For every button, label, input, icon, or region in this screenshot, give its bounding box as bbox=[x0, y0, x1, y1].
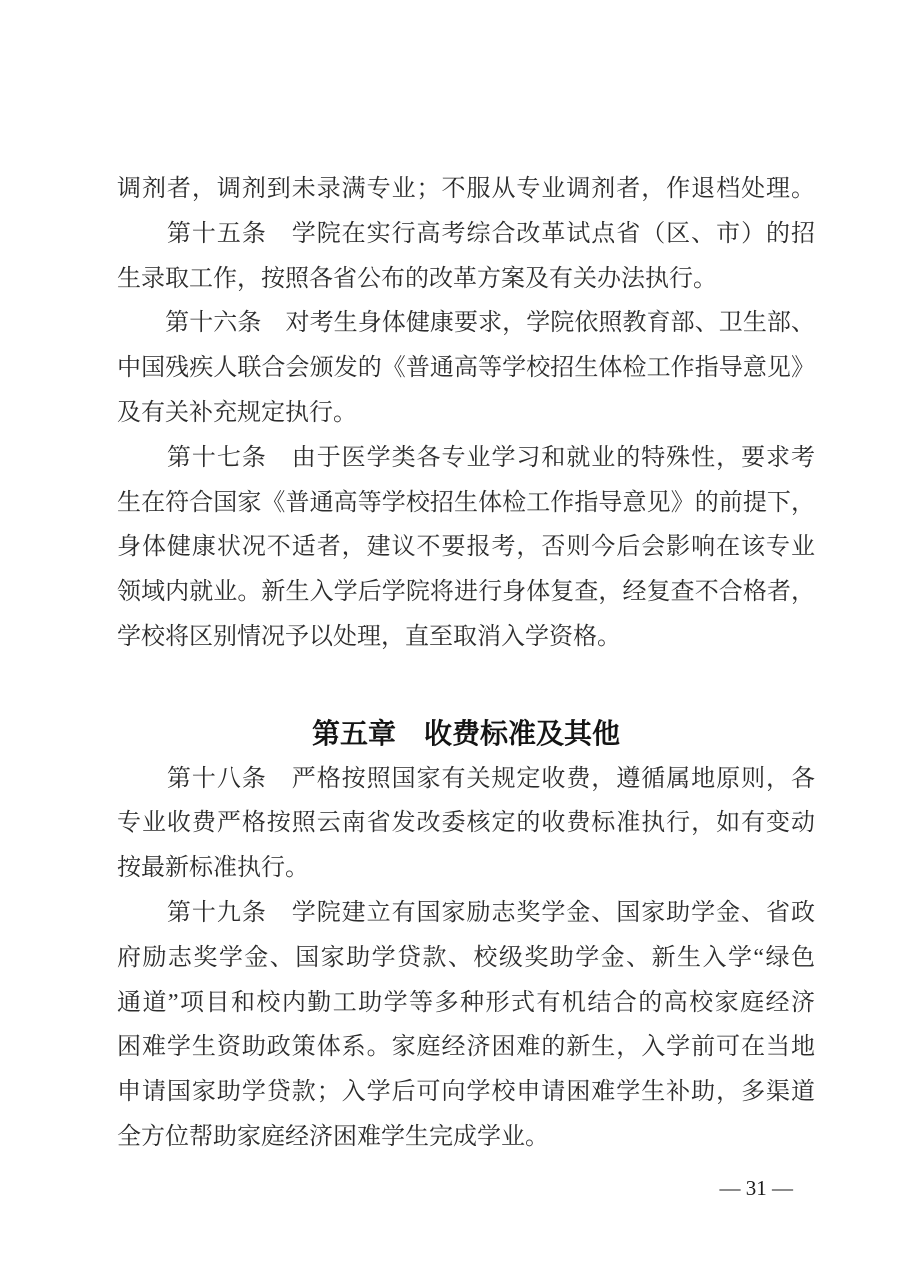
document-line: 第十六条 对考生身体健康要求，学院依照教育部、卫生部、 bbox=[117, 301, 815, 346]
document-line: 生在符合国家《普通高等学校招生体检工作指导意见》的前提下， bbox=[117, 481, 815, 526]
document-line: 领域内就业。新生入学后学院将进行身体复查，经复查不合格者， bbox=[117, 570, 815, 615]
document-line: 调剂者，调剂到未录满专业；不服从专业调剂者，作退档处理。 bbox=[117, 167, 815, 212]
paragraph-article-15: 第十五条 学院在实行高考综合改革试点省（区、市）的招生录取工作，按照各省公布的改… bbox=[117, 212, 815, 302]
document-line: 专业收费严格按照云南省发改委核定的收费标准执行，如有变动 bbox=[117, 801, 815, 846]
document-line: 全方位帮助家庭经济困难学生完成学业。 bbox=[117, 1115, 815, 1160]
paragraph-article-16: 第十六条 对考生身体健康要求，学院依照教育部、卫生部、中国残疾人联合会颁发的《普… bbox=[117, 301, 815, 435]
paragraph-article-17: 第十七条 由于医学类各专业学习和就业的特殊性，要求考生在符合国家《普通高等学校招… bbox=[117, 436, 815, 660]
document-line: 按最新标准执行。 bbox=[117, 846, 815, 891]
document-line: 学校将区别情况予以处理，直至取消入学资格。 bbox=[117, 615, 815, 660]
document-line: 困难学生资助政策体系。家庭经济困难的新生，入学前可在当地 bbox=[117, 1025, 815, 1070]
document-line: 第十五条 学院在实行高考综合改革试点省（区、市）的招 bbox=[117, 212, 815, 257]
chapter-5-heading: 第五章 收费标准及其他 bbox=[117, 712, 815, 757]
document-body: 调剂者，调剂到未录满专业；不服从专业调剂者，作退档处理。 第十五条 学院在实行高… bbox=[117, 167, 815, 1160]
page-number: — 31 — bbox=[117, 1176, 793, 1201]
document-line: 第十九条 学院建立有国家励志奖学金、国家助学金、省政 bbox=[117, 891, 815, 936]
document-line: 中国残疾人联合会颁发的《普通高等学校招生体检工作指导意见》 bbox=[117, 346, 815, 391]
document-line: 第十七条 由于医学类各专业学习和就业的特殊性，要求考 bbox=[117, 436, 815, 481]
document-line: 府励志奖学金、国家助学贷款、校级奖助学金、新生入学“绿色 bbox=[117, 936, 815, 981]
paragraph-article-19: 第十九条 学院建立有国家励志奖学金、国家助学金、省政府励志奖学金、国家助学贷款、… bbox=[117, 891, 815, 1160]
document-page: 调剂者，调剂到未录满专业；不服从专业调剂者，作退档处理。 第十五条 学院在实行高… bbox=[0, 0, 904, 1280]
document-line: 申请国家助学贷款；入学后可向学校申请困难学生补助，多渠道 bbox=[117, 1070, 815, 1115]
document-line: 通道”项目和校内勤工助学等多种形式有机结合的高校家庭经济 bbox=[117, 981, 815, 1026]
paragraph-continuation: 调剂者，调剂到未录满专业；不服从专业调剂者，作退档处理。 bbox=[117, 167, 815, 212]
document-line: 及有关补充规定执行。 bbox=[117, 391, 815, 436]
document-line: 生录取工作，按照各省公布的改革方案及有关办法执行。 bbox=[117, 257, 815, 302]
paragraph-article-18: 第十八条 严格按照国家有关规定收费，遵循属地原则，各专业收费严格按照云南省发改委… bbox=[117, 757, 815, 891]
document-line: 第十八条 严格按照国家有关规定收费，遵循属地原则，各 bbox=[117, 757, 815, 802]
document-line: 身体健康状况不适者，建议不要报考，否则今后会影响在该专业 bbox=[117, 525, 815, 570]
